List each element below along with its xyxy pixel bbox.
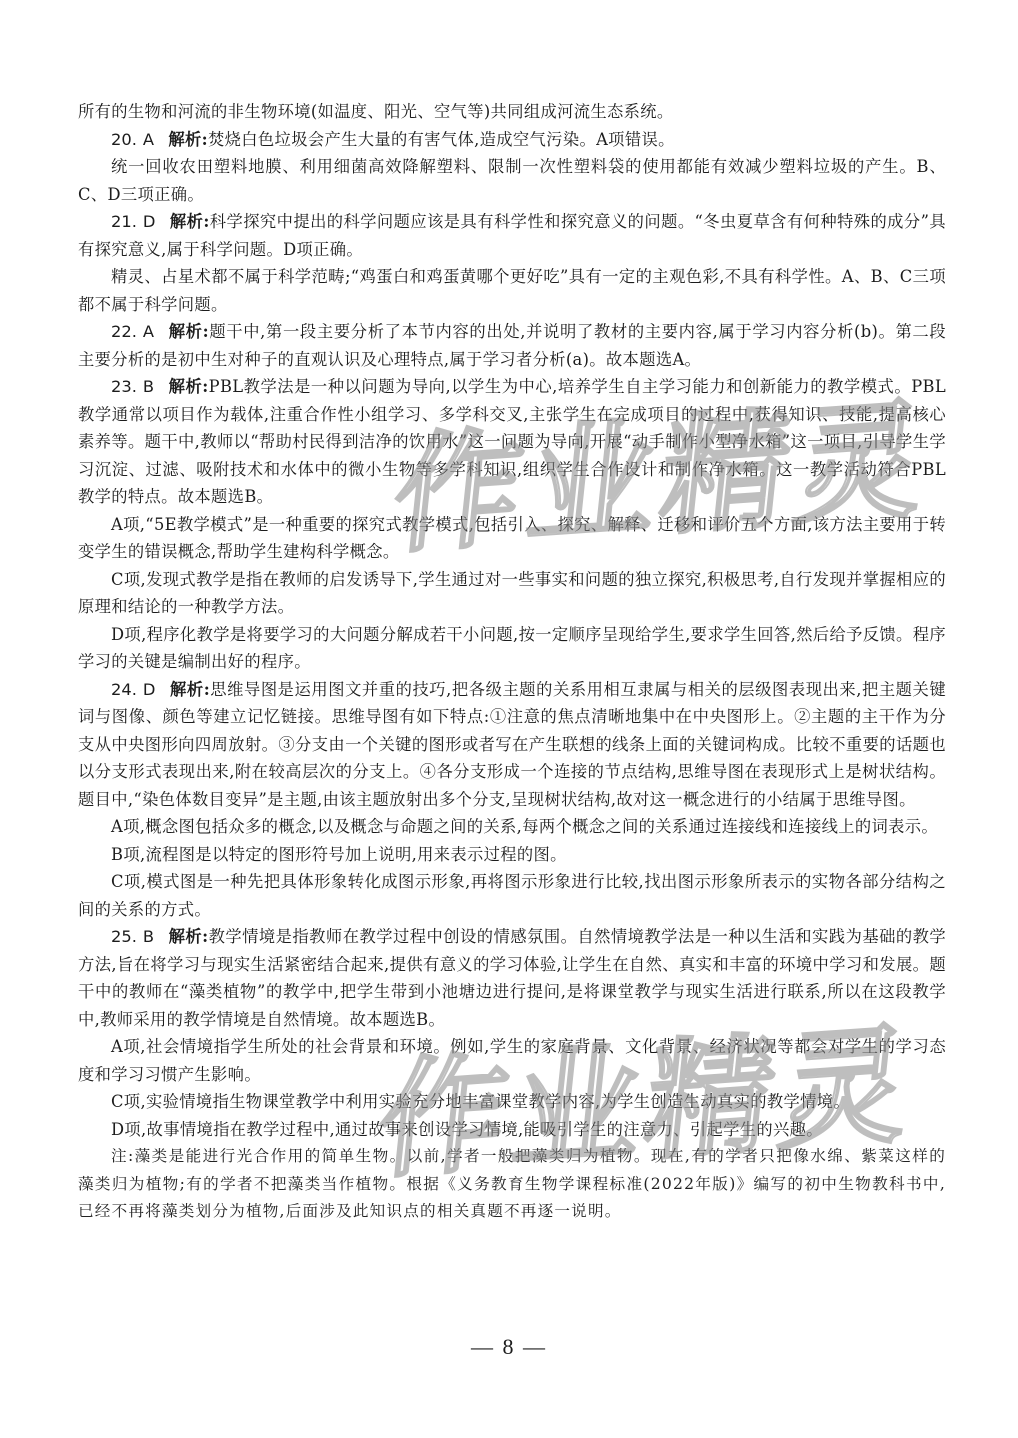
document-body: 所有的生物和河流的非生物环境(如温度、阳光、空气等)共同组成河流生态系统。 20…	[78, 98, 946, 1226]
answer-stem: 25.B解析:教学情境是指教师在教学过程中创设的情感氛围。自然情境教学法是一种以…	[78, 923, 946, 1033]
option-c-explanation: C项,发现式教学是指在教师的启发诱导下,学生通过对一些事实和问题的独立探究,积极…	[78, 566, 946, 621]
footnote: 注:藻类是能进行光合作用的简单生物。以前,学者一般把藻类归为植物。现在,有的学者…	[78, 1143, 946, 1226]
analysis-label: 解析:	[168, 130, 208, 149]
answer-stem: 22.A解析:题干中,第一段主要分析了本节内容的出处,并说明了教材的主要内容,属…	[78, 318, 946, 373]
question-number: 22.	[111, 322, 137, 341]
answer-choice: D	[143, 680, 156, 699]
analysis-text: 教学情境是指教师在教学过程中创设的情感氛围。自然情境教学法是一种以生活和实践为基…	[78, 927, 946, 1029]
analysis-label: 解析:	[168, 322, 209, 341]
answer-choice: A	[143, 322, 155, 341]
option-c-explanation: C项,模式图是一种先把具体形象转化成图示形象,再将图示形象进行比较,找出图示形象…	[78, 868, 946, 923]
option-a-explanation: A项,社会情境指学生所处的社会背景和环境。例如,学生的家庭背景、文化背景、经济状…	[78, 1033, 946, 1088]
option-a-explanation: A项,概念图包括众多的概念,以及概念与命题之间的关系,每两个概念之间的关系通过连…	[78, 813, 946, 841]
answer-stem: 20.A解析:焚烧白色垃圾会产生大量的有害气体,造成空气污染。A项错误。	[78, 126, 946, 154]
question-number: 24.	[111, 680, 137, 699]
answer-choice: B	[143, 927, 155, 946]
answer-21: 21.D解析:科学探究中提出的科学问题应该是具有科学性和探究意义的问题。“冬虫夏…	[78, 208, 946, 318]
analysis-label: 解析:	[170, 680, 210, 699]
question-number: 23.	[111, 377, 137, 396]
analysis-paragraph: 统一回收农田塑料地膜、利用细菌高效降解塑料、限制一次性塑料袋的使用都能有效减少塑…	[78, 153, 946, 208]
question-number: 25.	[111, 927, 137, 946]
option-c-explanation: C项,实验情境指生物课堂教学中利用实验充分地丰富课堂教学内容,为学生创造生动真实…	[78, 1088, 946, 1116]
answer-20: 20.A解析:焚烧白色垃圾会产生大量的有害气体,造成空气污染。A项错误。 统一回…	[78, 126, 946, 209]
analysis-label: 解析:	[170, 212, 210, 231]
answer-stem: 23.B解析:PBL教学法是一种以问题为导向,以学生为中心,培养学生自主学习能力…	[78, 373, 946, 511]
answer-24: 24.D解析:思维导图是运用图文并重的技巧,把各级主题的关系用相互隶属与相关的层…	[78, 676, 946, 924]
answer-25: 25.B解析:教学情境是指教师在教学过程中创设的情感氛围。自然情境教学法是一种以…	[78, 923, 946, 1143]
option-b-explanation: B项,流程图是以特定的图形符号加上说明,用来表示过程的图。	[78, 841, 946, 869]
option-a-explanation: A项,“5E教学模式”是一种重要的探究式教学模式,包括引入、探究、解释、迁移和评…	[78, 511, 946, 566]
answer-choice: D	[143, 212, 156, 231]
question-number: 20.	[111, 130, 137, 149]
option-d-explanation: D项,故事情境指在教学过程中,通过故事来创设学习情境,能吸引学生的注意力、引起学…	[78, 1116, 946, 1144]
intro-line: 所有的生物和河流的非生物环境(如温度、阳光、空气等)共同组成河流生态系统。	[78, 98, 946, 126]
answer-choice: A	[143, 130, 155, 149]
analysis-text: PBL教学法是一种以问题为导向,以学生为中心,培养学生自主学习能力和创新能力的教…	[78, 377, 946, 506]
analysis-text: 焚烧白色垃圾会产生大量的有害气体,造成空气污染。A项错误。	[208, 130, 675, 149]
answer-23: 23.B解析:PBL教学法是一种以问题为导向,以学生为中心,培养学生自主学习能力…	[78, 373, 946, 676]
page-number: — 8 —	[0, 1334, 1018, 1360]
option-d-explanation: D项,程序化教学是将要学习的大问题分解成若干小问题,按一定顺序呈现给学生,要求学…	[78, 621, 946, 676]
question-number: 21.	[111, 212, 137, 231]
answer-choice: B	[143, 377, 155, 396]
analysis-paragraph: 精灵、占星术都不属于科学范畴;“鸡蛋白和鸡蛋黄哪个更好吃”具有一定的主观色彩,不…	[78, 263, 946, 318]
analysis-text: 题干中,第一段主要分析了本节内容的出处,并说明了教材的主要内容,属于学习内容分析…	[78, 322, 946, 369]
answer-stem: 24.D解析:思维导图是运用图文并重的技巧,把各级主题的关系用相互隶属与相关的层…	[78, 676, 946, 814]
analysis-label: 解析:	[168, 927, 208, 946]
analysis-label: 解析:	[168, 377, 208, 396]
answer-22: 22.A解析:题干中,第一段主要分析了本节内容的出处,并说明了教材的主要内容,属…	[78, 318, 946, 373]
answer-stem: 21.D解析:科学探究中提出的科学问题应该是具有科学性和探究意义的问题。“冬虫夏…	[78, 208, 946, 263]
